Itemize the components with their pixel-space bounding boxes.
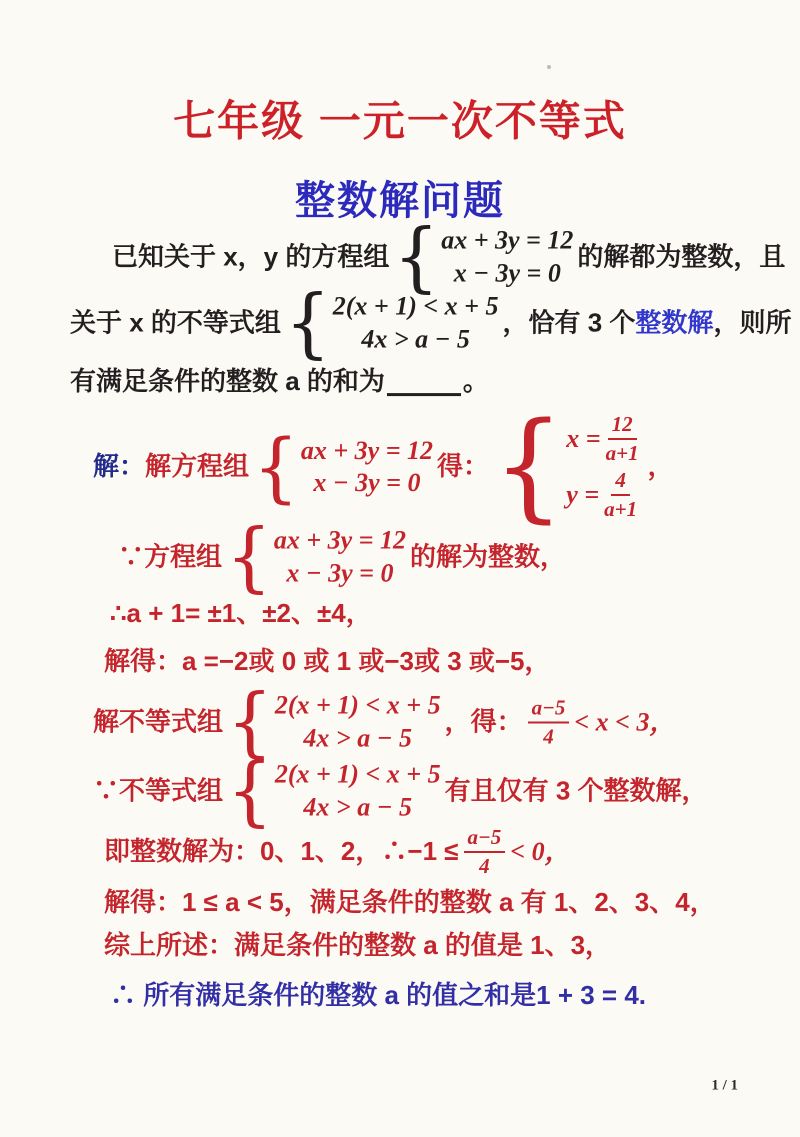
equation-system: { ax + 3y = 12 x − 3y = 0 <box>393 225 573 290</box>
equation-row: ax + 3y = 12 <box>301 435 433 468</box>
solution-text: 综上所述：满足条件的整数 a 的值是 1、3， <box>104 929 611 963</box>
problem-line-2: 关于 x 的不等式组 { 2(x + 1) < x + 5 4x > a − 5… <box>70 291 791 356</box>
problem-line-1: 已知关于 x，y 的方程组 { ax + 3y = 12 x − 3y = 0 … <box>112 225 785 290</box>
solution-text: 的解为整数， <box>410 540 566 574</box>
page-number: 1 / 1 <box>711 1078 738 1095</box>
solution-text: < 0， <box>510 835 570 869</box>
problem-text: ，则所 <box>713 306 791 340</box>
doc-title: 七年级 一元一次不等式 <box>0 95 800 150</box>
brace-icon: { <box>226 523 272 591</box>
brace-icon: { <box>493 417 564 517</box>
solution-text: < x < 3， <box>574 705 675 739</box>
inequality-system: { 2(x + 1) < x + 5 4x > a − 5 <box>227 690 441 755</box>
solution-text: ， <box>648 450 674 484</box>
solution-system: { x = 12 a+1 y = 4 a+1 <box>493 411 644 523</box>
paper-speck <box>547 65 551 69</box>
solution-text: ∵方程组 <box>118 540 222 574</box>
brace-icon: { <box>285 289 331 357</box>
inequality-row: 2(x + 1) < x + 5 <box>275 759 441 792</box>
solution-line-6: ∵不等式组 { 2(x + 1) < x + 5 4x > a − 5 有且仅有… <box>93 759 708 824</box>
solution-line-8: 解得：1 ≤ a < 5，满足条件的整数 a 有 1、2、3、4， <box>104 886 716 920</box>
solution-text: ∴a + 1= ±1、±2、±4， <box>110 597 372 631</box>
inequality-row: 4x > a − 5 <box>361 323 470 356</box>
equation-system: { ax + 3y = 12 x − 3y = 0 <box>226 525 406 590</box>
problem-text: 有满足条件的整数 a 的和为 <box>70 365 385 399</box>
solution-text: ∵不等式组 <box>93 774 223 808</box>
inequality-row: 2(x + 1) < x + 5 <box>275 690 441 723</box>
inequality-system: { 2(x + 1) < x + 5 4x > a − 5 <box>285 291 499 356</box>
fraction: a−5 4 <box>528 697 570 747</box>
fraction: 12 a+1 <box>606 414 639 464</box>
solution-line-2: ∵方程组 { ax + 3y = 12 x − 3y = 0 的解为整数， <box>118 525 566 590</box>
solution-text: 解得：a =−2或 0 或 1 或−3或 3 或−5， <box>104 645 551 679</box>
problem-text: 。 <box>463 365 489 399</box>
solution-label: 解： <box>93 450 145 484</box>
answer-blank <box>387 367 461 396</box>
problem-text: 的解都为整数，且 <box>577 240 785 274</box>
equation-row: ax + 3y = 12 <box>441 225 573 258</box>
equation-system: { ax + 3y = 12 x − 3y = 0 <box>253 435 433 500</box>
solution-text: 解方程组 <box>145 450 249 484</box>
equation-row: x − 3y = 0 <box>286 557 393 590</box>
solution-text: 解不等式组 <box>93 705 223 739</box>
solution-text: 解得：1 ≤ a < 5，满足条件的整数 a 有 1、2、3、4， <box>104 886 716 920</box>
problem-text: ，恰有 3 个 <box>503 306 636 340</box>
worksheet-page: 七年级 一元一次不等式 整数解问题 已知关于 x，y 的方程组 { ax + 3… <box>0 0 800 1137</box>
equation-row: x − 3y = 0 <box>454 257 561 290</box>
solution-line-3: ∴a + 1= ±1、±2、±4， <box>110 597 372 631</box>
solution-text: 有且仅有 3 个整数解， <box>445 774 708 808</box>
solution-text: ∴ 所有满足条件的整数 a 的值之和是1 + 3 = 4. <box>110 979 646 1013</box>
brace-icon: { <box>253 433 299 501</box>
highlight-term: 整数解 <box>635 306 713 340</box>
solution-line-7: 即整数解为：0、1、2，∴−1 ≤ a−5 4 < 0， <box>104 827 571 877</box>
fraction-row: y = 4 a+1 <box>566 470 642 520</box>
solution-line-4: 解得：a =−2或 0 或 1 或−3或 3 或−5， <box>104 645 551 679</box>
solution-text: 即整数解为：0、1、2，∴−1 ≤ <box>104 835 459 869</box>
fraction-row: x = 12 a+1 <box>566 414 643 464</box>
solution-line-9: 综上所述：满足条件的整数 a 的值是 1、3， <box>104 929 611 963</box>
solution-text: 得： <box>437 450 489 484</box>
brace-icon: { <box>227 757 273 825</box>
solution-line-1: 解： 解方程组 { ax + 3y = 12 x − 3y = 0 得： { x… <box>93 411 674 523</box>
problem-text: 已知关于 x，y 的方程组 <box>112 240 389 274</box>
inequality-row: 4x > a − 5 <box>303 791 412 824</box>
equation-row: x − 3y = 0 <box>313 467 420 500</box>
equation-row: ax + 3y = 12 <box>274 525 406 558</box>
fraction: 4 a+1 <box>604 470 637 520</box>
solution-line-5: 解不等式组 { 2(x + 1) < x + 5 4x > a − 5 ，得： … <box>93 690 675 755</box>
problem-line-3: 有满足条件的整数 a 的和为 。 <box>70 365 489 399</box>
solution-text: ，得： <box>445 705 523 739</box>
doc-title-text: 七年级 一元一次不等式 <box>173 95 627 150</box>
inequality-row: 2(x + 1) < x + 5 <box>333 291 499 324</box>
solution-conclusion: ∴ 所有满足条件的整数 a 的值之和是1 + 3 = 4. <box>110 979 646 1013</box>
inequality-system: { 2(x + 1) < x + 5 4x > a − 5 <box>227 759 441 824</box>
brace-icon: { <box>393 223 439 291</box>
fraction: a−5 4 <box>464 827 506 877</box>
inequality-row: 4x > a − 5 <box>303 722 412 755</box>
problem-text: 关于 x 的不等式组 <box>70 306 281 340</box>
